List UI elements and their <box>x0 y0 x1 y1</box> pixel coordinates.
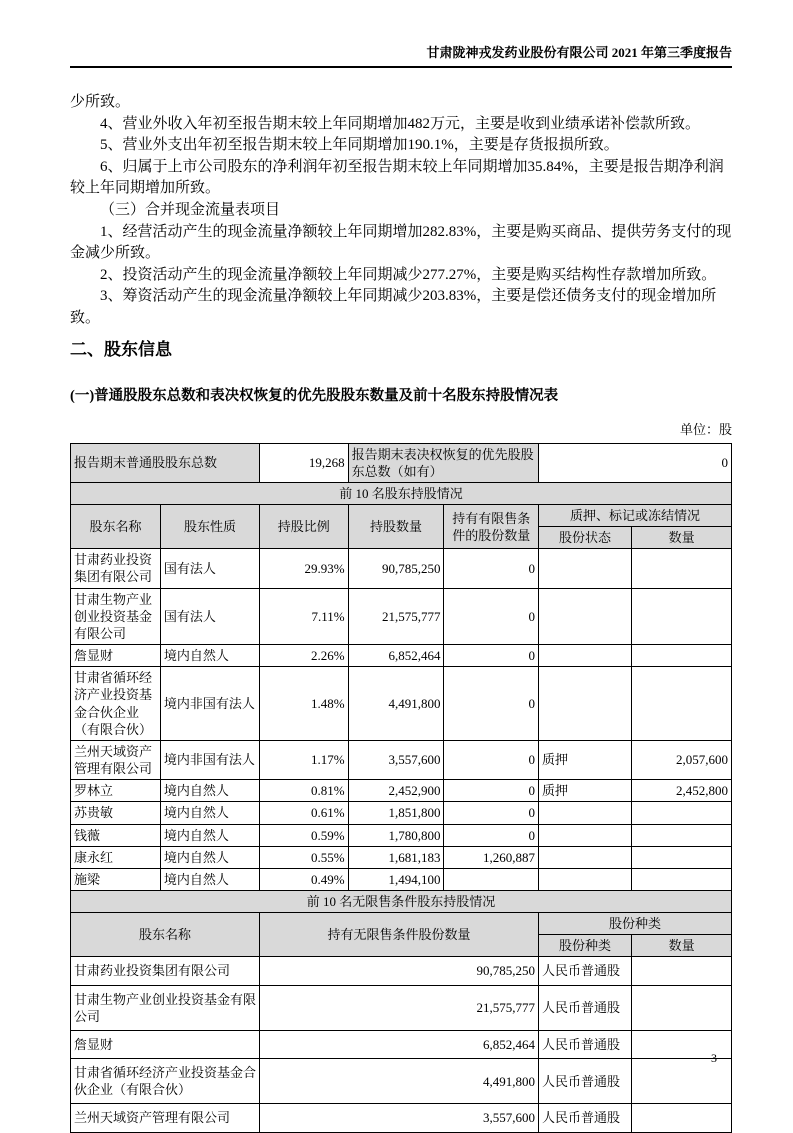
shareholder-table: 报告期末普通股股东总数 19,268 报告期末表决权恢复的优先股股东总数（如有）… <box>70 443 732 1133</box>
col-header-pledge-status: 股份状态 <box>538 527 631 549</box>
cell-pledge-status <box>538 588 631 644</box>
cell-shares: 21,575,777 <box>348 588 444 644</box>
t2-col-header-shares: 持有无限售条件股份数量 <box>260 913 539 957</box>
cell-share-type: 人民币普通股 <box>538 1059 631 1104</box>
t2-header-row: 股东名称 持有无限售条件股份数量 股份种类 <box>71 913 732 935</box>
cell-restricted: 0 <box>444 824 539 846</box>
cell-shares: 4,491,800 <box>348 667 444 741</box>
cell-unrestricted-shares: 4,491,800 <box>260 1059 539 1104</box>
cell-nature: 境内自然人 <box>160 868 259 890</box>
cell-share-type: 人民币普通股 <box>538 1030 631 1058</box>
cell-pledge-qty <box>632 588 732 644</box>
cell-nature: 境内自然人 <box>160 645 259 667</box>
cell-pledge-status <box>538 802 631 824</box>
cell-pledge-qty <box>632 824 732 846</box>
cell-pledge-status: 质押 <box>538 740 631 779</box>
t2-col-header-type-group: 股份种类 <box>538 913 731 935</box>
cell-pledge-status <box>538 868 631 890</box>
cell-pledge-status <box>538 824 631 846</box>
common-shareholders-label: 报告期末普通股股东总数 <box>71 443 260 482</box>
cell-shareholder-name: 甘肃生物产业创业投资基金有限公司 <box>71 985 260 1030</box>
section-title-shareholder-info: 二、股东信息 <box>70 338 732 362</box>
cell-share-type-qty <box>632 1104 732 1132</box>
t1-header-row: 股东名称 股东性质 持股比例 持股数量 持有有限售条件的股份数量 质押、标记或冻… <box>71 505 732 527</box>
cell-shareholder-name: 甘肃药业投资集团有限公司 <box>71 957 260 985</box>
cell-shareholder-name: 甘肃省循环经济产业投资基金合伙企业（有限合伙） <box>71 667 161 741</box>
t2-col-header-name: 股东名称 <box>71 913 260 957</box>
cell-shareholder-name: 苏贵敏 <box>71 802 161 824</box>
cell-shares: 2,452,900 <box>348 780 444 802</box>
cell-pledge-qty <box>632 846 732 868</box>
cell-ratio: 2.26% <box>260 645 349 667</box>
col-header-name: 股东名称 <box>71 505 161 549</box>
table-row: 施梁 境内自然人 0.49% 1,494,100 <box>71 868 732 890</box>
table-row: 兰州天域资产管理有限公司 3,557,600 人民币普通股 <box>71 1104 732 1132</box>
cell-restricted: 0 <box>444 645 539 667</box>
cell-pledge-status <box>538 645 631 667</box>
cell-shares: 1,494,100 <box>348 868 444 890</box>
cell-pledge-status: 质押 <box>538 780 631 802</box>
table-row: 钱薇 境内自然人 0.59% 1,780,800 0 <box>71 824 732 846</box>
cell-nature: 境内自然人 <box>160 780 259 802</box>
report-page: 甘肃陇神戎发药业股份有限公司 2021 年第三季度报告 少所致。 4、营业外收入… <box>70 44 732 1133</box>
cell-pledge-qty <box>632 549 732 588</box>
cell-restricted: 1,260,887 <box>444 846 539 868</box>
cell-ratio: 0.55% <box>260 846 349 868</box>
cell-restricted <box>444 868 539 890</box>
cell-ratio: 7.11% <box>260 588 349 644</box>
cell-ratio: 0.81% <box>260 780 349 802</box>
cell-ratio: 0.61% <box>260 802 349 824</box>
cell-shares: 1,851,800 <box>348 802 444 824</box>
cell-pledge-status <box>538 549 631 588</box>
cell-shareholder-name: 施梁 <box>71 868 161 890</box>
table-row: 罗林立 境内自然人 0.81% 2,452,900 0 质押 2,452,800 <box>71 780 732 802</box>
cell-restricted: 0 <box>444 740 539 779</box>
cell-nature: 境内自然人 <box>160 824 259 846</box>
top10-holdings-title: 前 10 名股东持股情况 <box>71 482 732 504</box>
table-row: 甘肃药业投资集团有限公司 90,785,250 人民币普通股 <box>71 957 732 985</box>
col-header-ratio: 持股比例 <box>260 505 349 549</box>
table-row: 苏贵敏 境内自然人 0.61% 1,851,800 0 <box>71 802 732 824</box>
col-header-restricted: 持有有限售条件的股份数量 <box>444 505 539 549</box>
table-row: 康永红 境内自然人 0.55% 1,681,183 1,260,887 <box>71 846 732 868</box>
cell-share-type-qty <box>632 957 732 985</box>
cell-shareholder-name: 兰州天域资产管理有限公司 <box>71 1104 260 1132</box>
cell-ratio: 1.17% <box>260 740 349 779</box>
cell-pledge-qty <box>632 667 732 741</box>
cell-unrestricted-shares: 90,785,250 <box>260 957 539 985</box>
cell-shareholder-name: 甘肃省循环经济产业投资基金合伙企业（有限合伙） <box>71 1059 260 1104</box>
col-header-nature: 股东性质 <box>160 505 259 549</box>
cell-shares: 6,852,464 <box>348 645 444 667</box>
cell-share-type: 人民币普通股 <box>538 985 631 1030</box>
paragraph-item-4: 4、营业外收入年初至报告期末较上年同期增加482万元，主要是收到业绩承诺补偿款所… <box>70 114 732 136</box>
cell-shares: 3,557,600 <box>348 740 444 779</box>
cell-nature: 境内自然人 <box>160 802 259 824</box>
unit-label: 单位：股 <box>70 419 732 438</box>
cell-shareholder-name: 罗林立 <box>71 780 161 802</box>
paragraph-item-3: 3、筹资活动产生的现金流量净额较上年同期减少203.83%，主要是偿还债务支付的… <box>70 286 732 329</box>
cell-share-type: 人民币普通股 <box>538 957 631 985</box>
unrestricted-holdings-title: 前 10 名无限售条件股东持股情况 <box>71 890 732 912</box>
cell-pledge-qty: 2,452,800 <box>632 780 732 802</box>
cell-shareholder-name: 甘肃药业投资集团有限公司 <box>71 549 161 588</box>
cell-ratio: 0.59% <box>260 824 349 846</box>
cell-nature: 国有法人 <box>160 588 259 644</box>
cell-pledge-status <box>538 846 631 868</box>
table-row: 甘肃生物产业创业投资基金有限公司 国有法人 7.11% 21,575,777 0 <box>71 588 732 644</box>
col-header-pledge-qty: 数量 <box>632 527 732 549</box>
paragraph-continuation: 少所致。 <box>70 92 732 114</box>
cell-shares: 1,681,183 <box>348 846 444 868</box>
table-row: 甘肃省循环经济产业投资基金合伙企业（有限合伙） 4,491,800 人民币普通股 <box>71 1059 732 1104</box>
cell-restricted: 0 <box>444 667 539 741</box>
cell-shareholder-name: 康永红 <box>71 846 161 868</box>
paragraph-item-6: 6、归属于上市公司股东的净利润年初至报告期末较上年同期增加35.84%，主要是报… <box>70 157 732 200</box>
summary-row: 报告期末普通股股东总数 19,268 报告期末表决权恢复的优先股股东总数（如有）… <box>71 443 732 482</box>
cell-shareholder-name: 钱薇 <box>71 824 161 846</box>
table-row: 甘肃药业投资集团有限公司 国有法人 29.93% 90,785,250 0 <box>71 549 732 588</box>
cell-restricted: 0 <box>444 780 539 802</box>
cell-restricted: 0 <box>444 588 539 644</box>
table-row: 詹显财 境内自然人 2.26% 6,852,464 0 <box>71 645 732 667</box>
cell-pledge-status <box>538 667 631 741</box>
cell-nature: 境内自然人 <box>160 846 259 868</box>
cell-shareholder-name: 詹显财 <box>71 1030 260 1058</box>
cell-shares: 1,780,800 <box>348 824 444 846</box>
table-row: 甘肃生物产业创业投资基金有限公司 21,575,777 人民币普通股 <box>71 985 732 1030</box>
cell-share-type-qty <box>632 985 732 1030</box>
cell-shareholder-name: 甘肃生物产业创业投资基金有限公司 <box>71 588 161 644</box>
cell-share-type: 人民币普通股 <box>538 1104 631 1132</box>
preferred-shareholders-value: 0 <box>538 443 731 482</box>
cell-nature: 国有法人 <box>160 549 259 588</box>
common-shareholders-value: 19,268 <box>260 443 349 482</box>
body-text: 少所致。 4、营业外收入年初至报告期末较上年同期增加482万元，主要是收到业绩承… <box>70 92 732 330</box>
table-row: 兰州天域资产管理有限公司 境内非国有法人 1.17% 3,557,600 0 质… <box>71 740 732 779</box>
page-header: 甘肃陇神戎发药业股份有限公司 2021 年第三季度报告 <box>70 44 732 68</box>
preferred-shareholders-label: 报告期末表决权恢复的优先股股东总数（如有） <box>348 443 538 482</box>
cell-ratio: 1.48% <box>260 667 349 741</box>
paragraph-subheading-cashflow: （三）合并现金流量表项目 <box>70 200 732 222</box>
cell-restricted: 0 <box>444 802 539 824</box>
cell-shareholder-name: 詹显财 <box>71 645 161 667</box>
col-header-shares: 持股数量 <box>348 505 444 549</box>
t2-col-header-qty: 数量 <box>632 935 732 957</box>
unrestricted-banner-row: 前 10 名无限售条件股东持股情况 <box>71 890 732 912</box>
t2-col-header-type: 股份种类 <box>538 935 631 957</box>
cell-unrestricted-shares: 3,557,600 <box>260 1104 539 1132</box>
cell-shares: 90,785,250 <box>348 549 444 588</box>
cell-ratio: 29.93% <box>260 549 349 588</box>
top10-banner-row: 前 10 名股东持股情况 <box>71 482 732 504</box>
cell-nature: 境内非国有法人 <box>160 667 259 741</box>
cell-pledge-qty: 2,057,600 <box>632 740 732 779</box>
page-number: 3 <box>711 1051 717 1066</box>
paragraph-item-5: 5、营业外支出年初至报告期末较上年同期增加190.1%，主要是存货报损所致。 <box>70 135 732 157</box>
cell-nature: 境内非国有法人 <box>160 740 259 779</box>
cell-restricted: 0 <box>444 549 539 588</box>
cell-unrestricted-shares: 21,575,777 <box>260 985 539 1030</box>
cell-pledge-qty <box>632 802 732 824</box>
cell-shareholder-name: 兰州天域资产管理有限公司 <box>71 740 161 779</box>
cell-ratio: 0.49% <box>260 868 349 890</box>
table-row: 甘肃省循环经济产业投资基金合伙企业（有限合伙） 境内非国有法人 1.48% 4,… <box>71 667 732 741</box>
cell-unrestricted-shares: 6,852,464 <box>260 1030 539 1058</box>
cell-pledge-qty <box>632 868 732 890</box>
paragraph-item-2: 2、投资活动产生的现金流量净额较上年同期减少277.27%，主要是购买结构性存款… <box>70 265 732 287</box>
table-row: 詹显财 6,852,464 人民币普通股 <box>71 1030 732 1058</box>
paragraph-item-1: 1、经营活动产生的现金流量净额较上年同期增加282.83%，主要是购买商品、提供… <box>70 222 732 265</box>
col-header-pledge-group: 质押、标记或冻结情况 <box>538 505 731 527</box>
subsection-title-shareholding-table: (一)普通股股东总数和表决权恢复的优先股股东数量及前十名股东持股情况表 <box>70 386 732 406</box>
cell-pledge-qty <box>632 645 732 667</box>
